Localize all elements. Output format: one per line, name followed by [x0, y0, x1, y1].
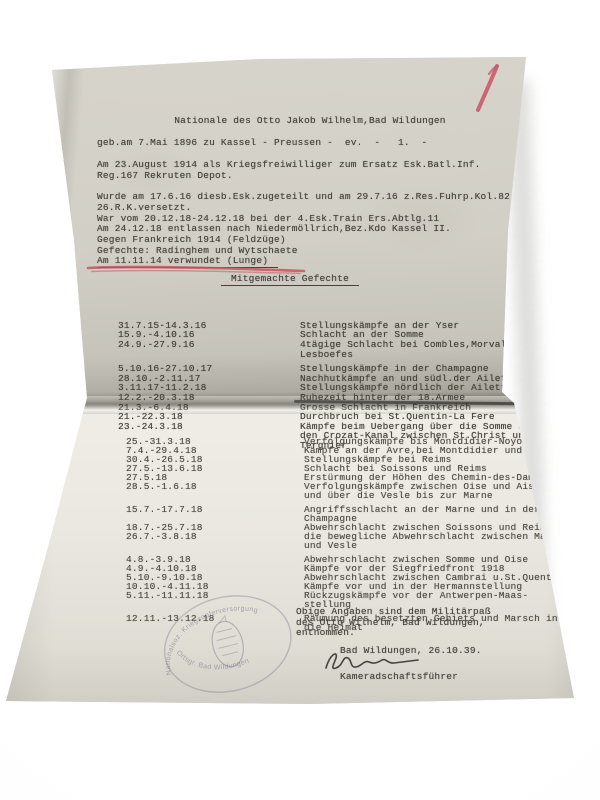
battle-date: 24.9.-27.9.16 [118, 340, 300, 350]
enlistment-paragraph: Am 23.August 1914 als Kriegsfreiwilliger… [97, 160, 481, 182]
battle-description: 4tägige Schlacht bei Combles,Morval und … [300, 340, 548, 359]
signer-role-line: Kameradschaftsführer [340, 672, 458, 683]
closing-statement: Obige Angaben sind dem Militärpaß des Ot… [296, 607, 491, 639]
page-number-mark-red [466, 58, 506, 116]
birth-line: geb.am 7.Mai 1896 zu Kassel - Preussen -… [97, 138, 427, 149]
document-paper: Nationale des Otto Jakob Wilhelm,Bad Wil… [0, 0, 600, 800]
battle-row: 28.5.-1.6.18 Verfolgungskämpfe zwischen … [126, 482, 556, 500]
battle-description: Verfolgungskämpfe zwischen Oise und Aisn… [304, 482, 556, 500]
battles-heading: Mitgemachte Gefechte [110, 274, 470, 285]
battle-description: die bewegliche Abwehrschlacht zwischen M… [304, 532, 564, 550]
battle-description: Angriffsschlacht an der Marne und in der… [304, 505, 556, 523]
battle-row: 24.9.-27.9.16 4tägige Schlacht bei Combl… [118, 340, 548, 359]
photo-background: Nationale des Otto Jakob Wilhelm,Bad Wil… [0, 0, 600, 800]
battle-row: 15.7.-17.7.18 Angriffsschlacht an der Ma… [126, 505, 556, 523]
battle-date: 26.7.-3.8.18 [126, 532, 304, 541]
document-title: Nationale des Otto Jakob Wilhelm,Bad Wil… [100, 116, 520, 127]
service-paragraph: Wurde am 17.6.16 diesb.Esk.zugeteilt und… [97, 192, 510, 257]
battle-date: 15.7.-17.7.18 [126, 505, 304, 514]
battle-date: 28.5.-1.6.18 [126, 482, 304, 491]
battle-row: 26.7.-3.8.18 die bewegliche Abwehrschlac… [126, 532, 556, 550]
